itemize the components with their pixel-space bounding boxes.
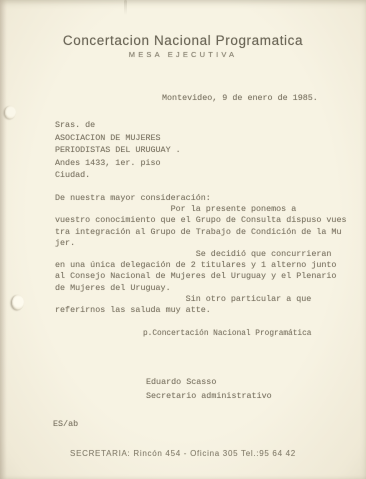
paper-crease-mark (124, 0, 127, 15)
paper-left-edge-shading (0, 0, 7, 479)
signature-organization-line: p.Concertación Nacional Programática (143, 329, 311, 340)
footer-secretary-address: SECRETARIA: Rincón 454 - Oficina 305 Tel… (0, 449, 366, 458)
letterhead-title: Concertacion Nacional Programatica (0, 33, 366, 48)
punch-hole-bottom (12, 295, 24, 310)
recipient-address-block: Sras. de ASOCIACION DE MUJERES PERIODIST… (55, 119, 181, 182)
letter-page: Concertacion Nacional Programatica MESA … (0, 0, 366, 479)
letter-body: De nuestra mayor consideración: Por la p… (55, 193, 347, 316)
reference-initials: ES/ab (53, 419, 78, 430)
signer-name-title-block: Eduardo Scasso Secretario administrativo (146, 375, 272, 403)
date-line: Montevideo, 9 de enero de 1985. (162, 93, 318, 104)
letterhead-subtitle: MESA EJECUTIVA (0, 50, 366, 59)
punch-hole-top (5, 106, 16, 119)
